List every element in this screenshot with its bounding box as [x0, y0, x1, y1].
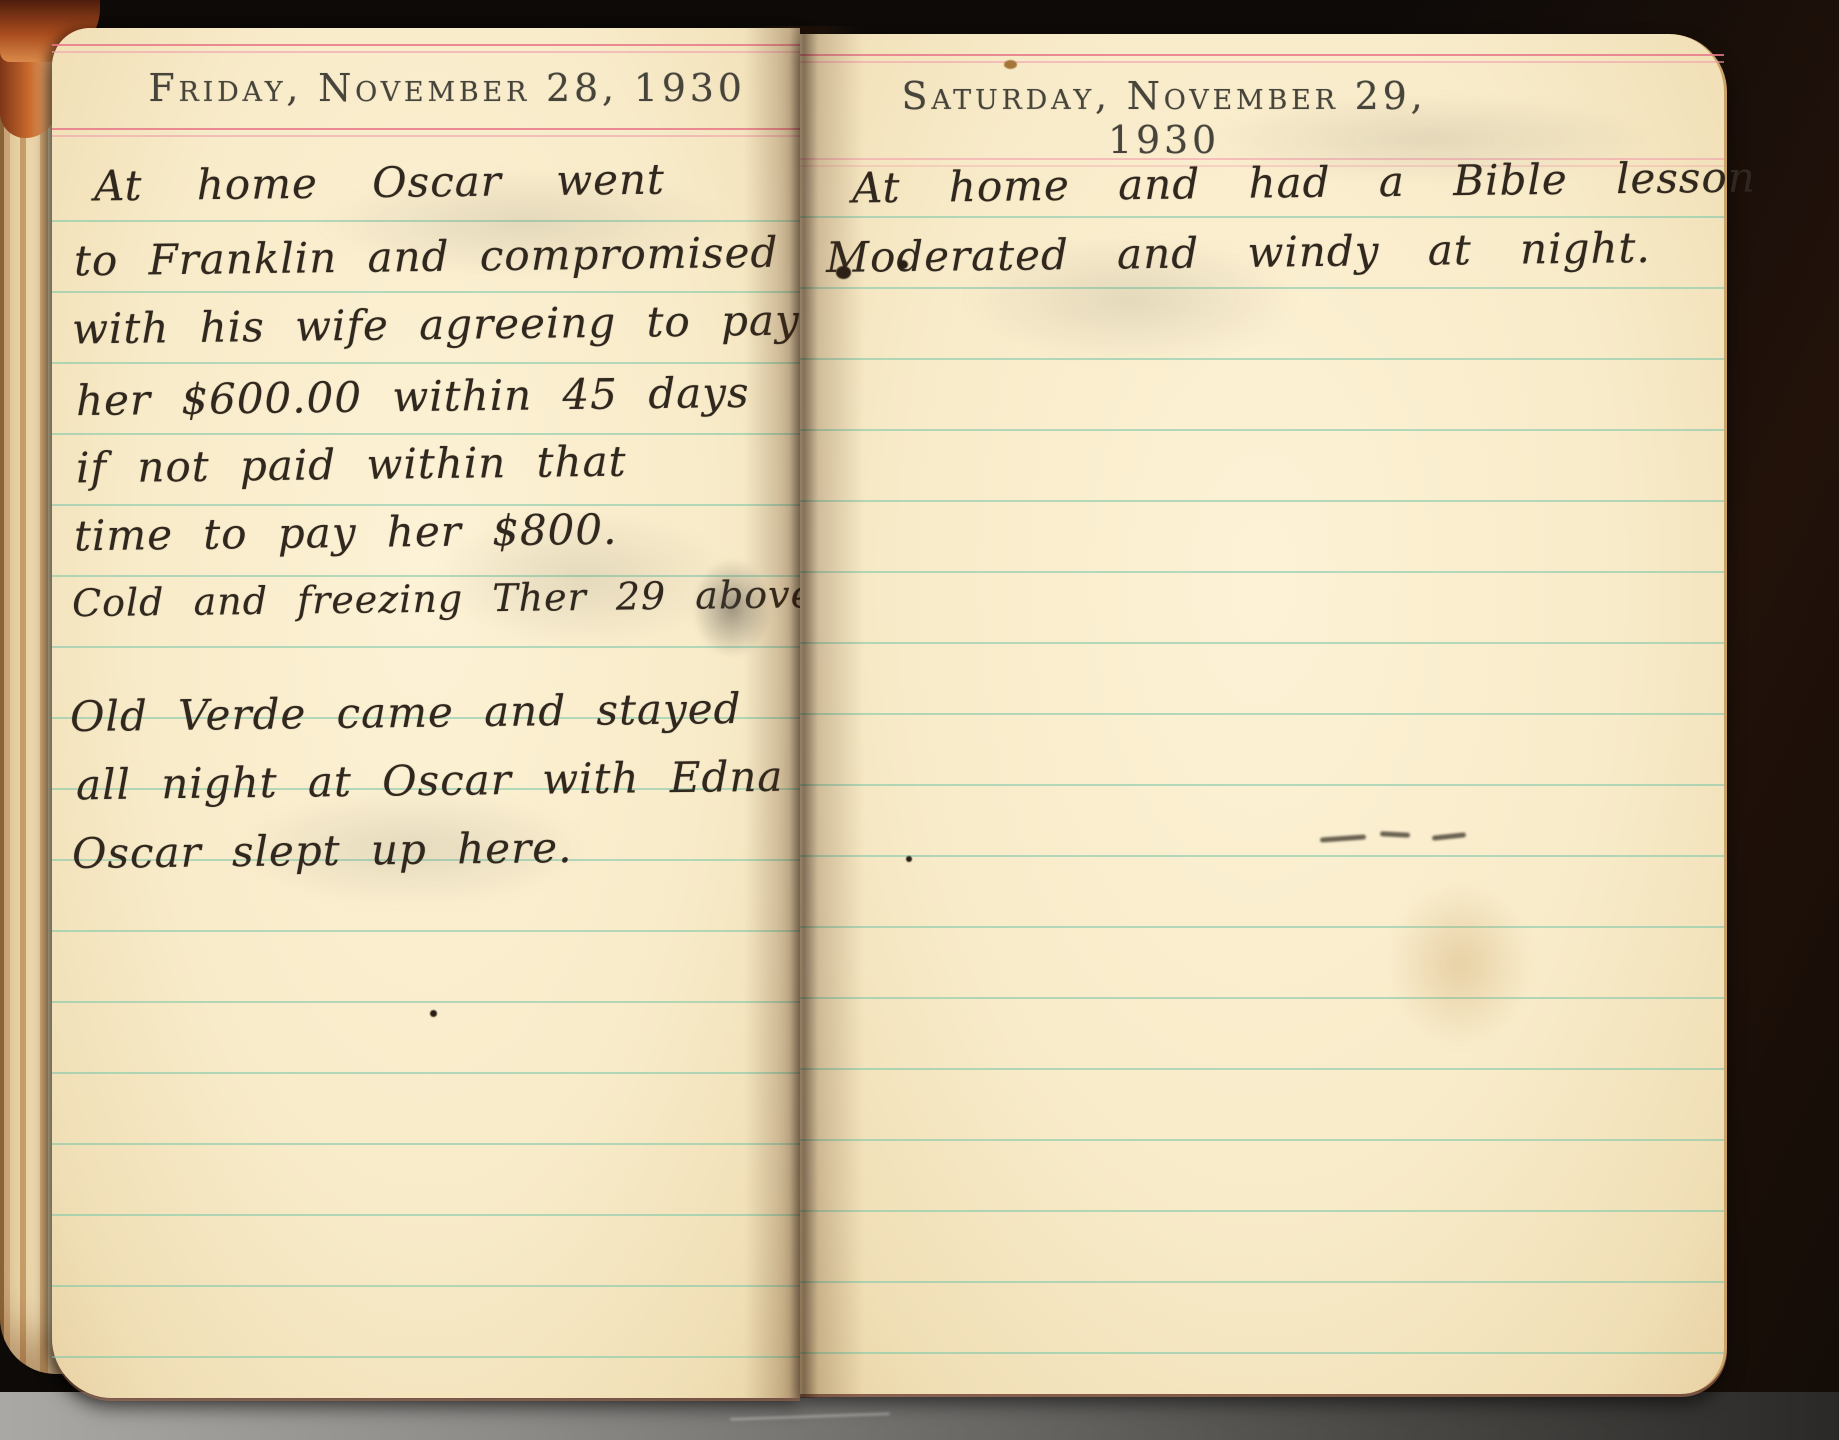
pink-rule [52, 51, 800, 53]
handwriting-line: Old Verde came and stayed [70, 684, 742, 741]
handwriting-line: time to pay her $800. [74, 505, 618, 561]
right-page: Saturday, November 29, 1930 At home and … [800, 34, 1727, 1394]
handwriting-line: Moderated and windy at night. [826, 223, 1651, 282]
pink-rule [800, 61, 1724, 63]
handwriting-line: if not paid within that [76, 437, 627, 493]
handwriting-line: her $600.00 within 45 days [76, 368, 750, 425]
handwriting-line: to Franklin and compromised [74, 228, 779, 286]
paper-speck [1004, 60, 1017, 69]
pink-rule [800, 54, 1724, 56]
diary-scan-scene: Friday, November 28, 1930 At home Oscar … [0, 0, 1839, 1440]
paper-stain [1390, 884, 1530, 1044]
ink-scratch-smudge [692, 558, 772, 658]
handwriting-line: all night at Oscar with Edna [76, 752, 784, 810]
ink-dot [906, 856, 912, 862]
ink-dot [430, 1010, 437, 1017]
ink-blot [836, 266, 851, 279]
ink-blot [898, 260, 908, 269]
left-page: Friday, November 28, 1930 At home Oscar … [52, 28, 800, 1398]
handwriting-line: At home Oscar went [94, 155, 665, 211]
pink-rule [52, 128, 800, 130]
pink-rule [52, 44, 800, 46]
left-page-header: Friday, November 28, 1930 [142, 66, 752, 110]
handwriting-line: with his wife agreeing to pay [72, 296, 800, 354]
desk-surface [0, 1392, 1839, 1440]
pink-rule [52, 135, 800, 137]
handwriting-line: Oscar slept up here. [72, 823, 573, 878]
